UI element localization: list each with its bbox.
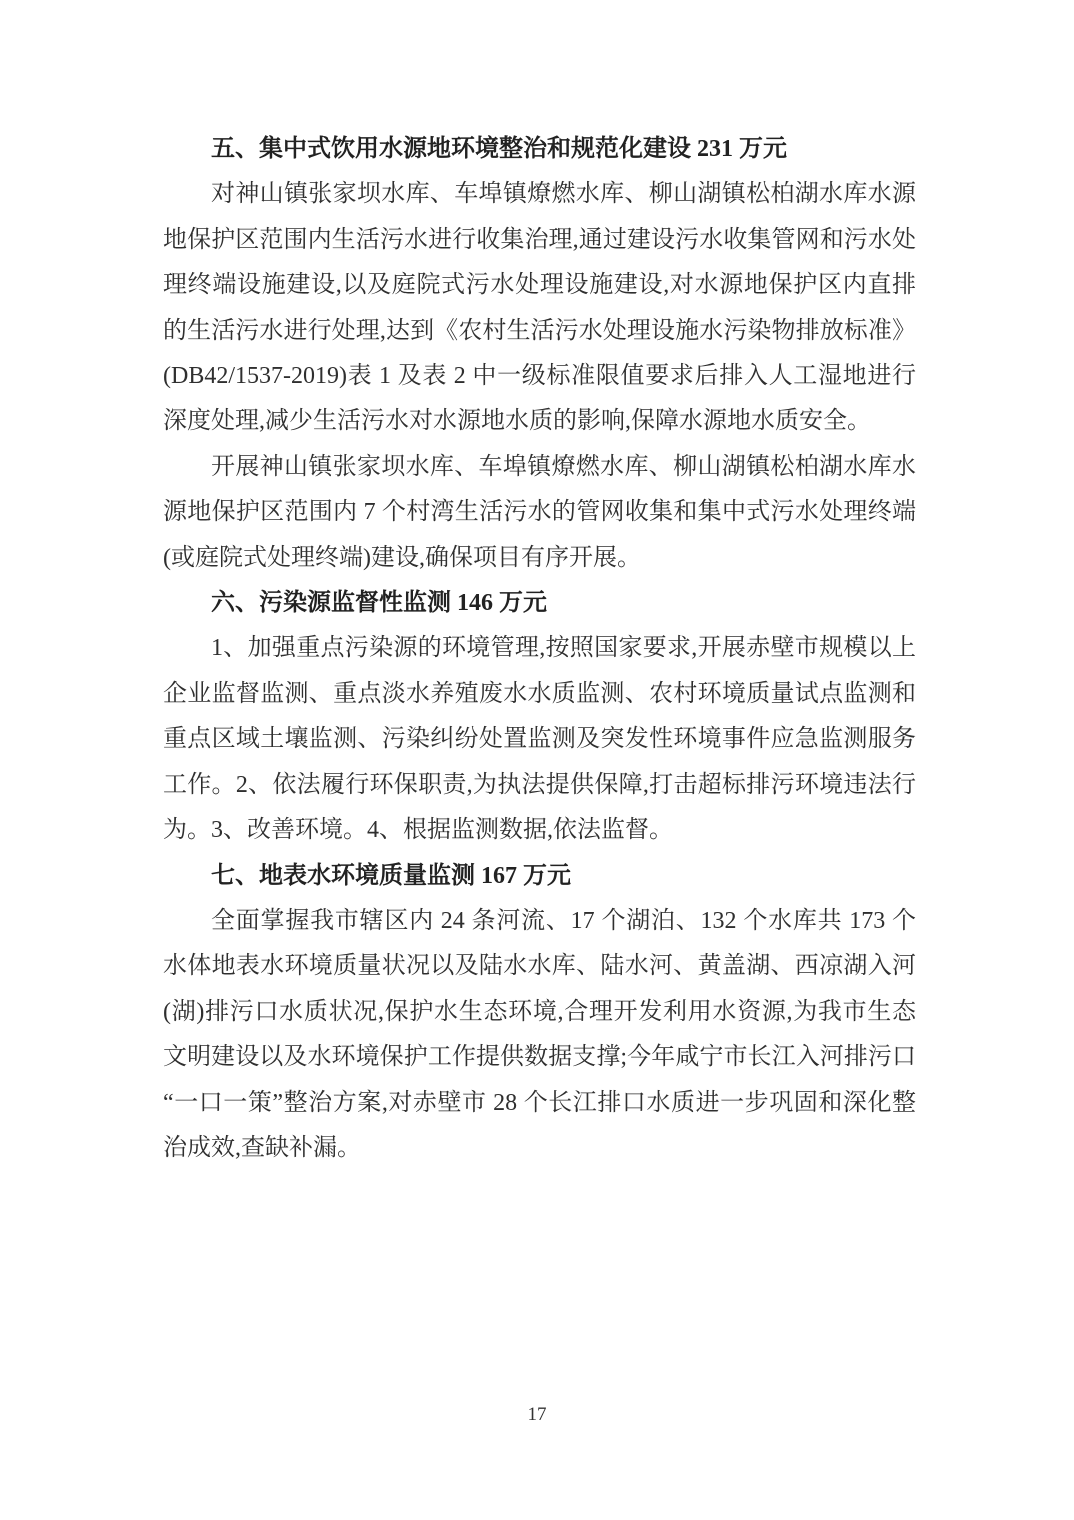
section-heading-5: 五、集中式饮用水源地环境整治和规范化建设 231 万元: [163, 127, 916, 172]
section-5-paragraph-2: 开展神山镇张家坝水库、车埠镇燎燃水库、柳山湖镇松柏湖水库水源地保护区范围内 7 …: [163, 445, 916, 581]
section-7-paragraph-1: 全面掌握我市辖区内 24 条河流、17 个湖泊、132 个水库共 173 个水体…: [163, 899, 916, 1171]
document-page: 五、集中式饮用水源地环境整治和规范化建设 231 万元 对神山镇张家坝水库、车埠…: [0, 0, 1074, 1520]
section-heading-7: 七、地表水环境质量监测 167 万元: [163, 854, 916, 899]
page-number: 17: [0, 1403, 1074, 1427]
document-body: 五、集中式饮用水源地环境整治和规范化建设 231 万元 对神山镇张家坝水库、车埠…: [163, 127, 916, 1171]
section-heading-6: 六、污染源监督性监测 146 万元: [163, 581, 916, 626]
section-6-paragraph-1: 1、加强重点污染源的环境管理,按照国家要求,开展赤壁市规模以上企业监督监测、重点…: [163, 626, 916, 853]
section-5-paragraph-1: 对神山镇张家坝水库、车埠镇燎燃水库、柳山湖镇松柏湖水库水源地保护区范围内生活污水…: [163, 172, 916, 444]
